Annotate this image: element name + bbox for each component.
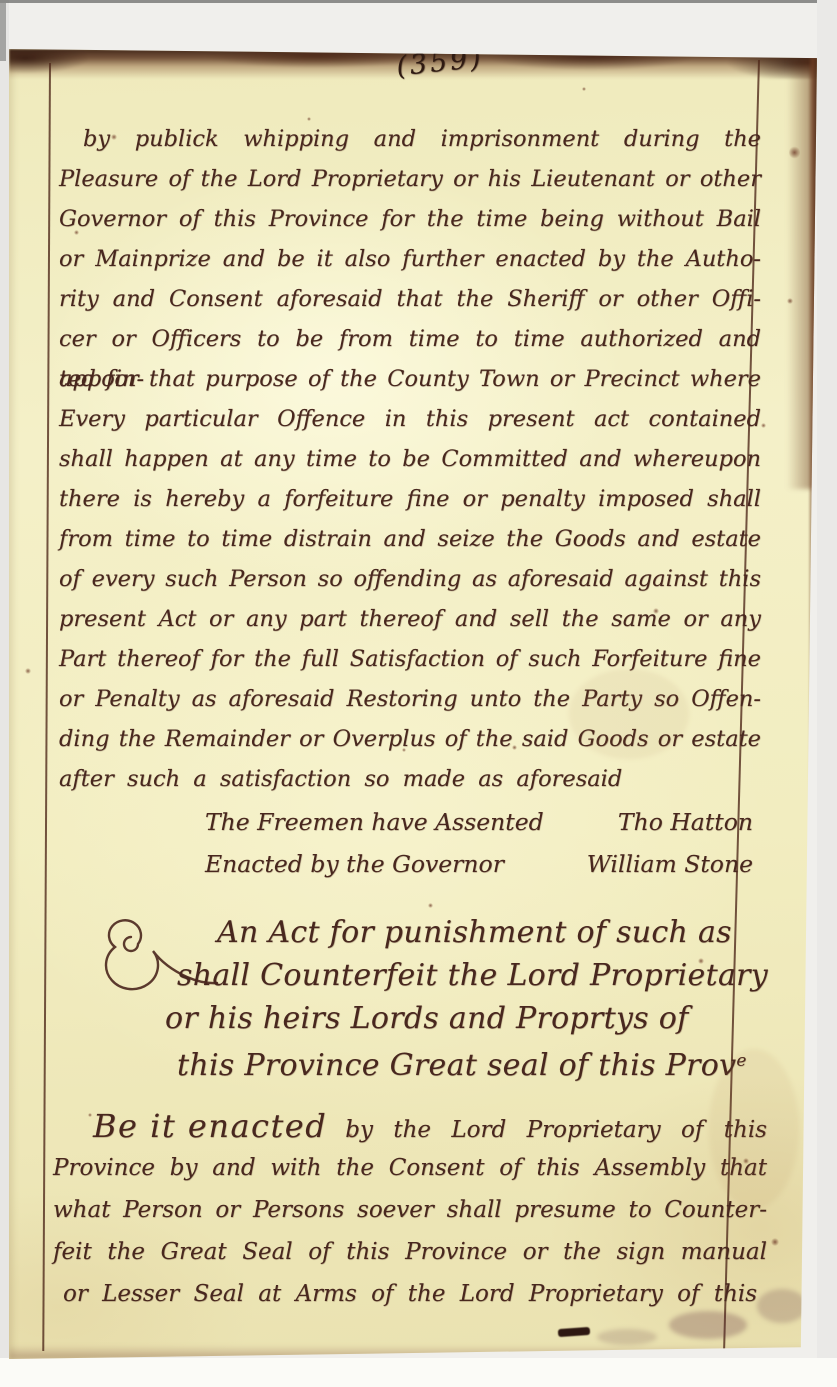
act-title-text: this Province Great seal of this Prov — [177, 1048, 736, 1083]
enactment-opening-line: Be it enacted by the Lord Proprietary of… — [53, 1105, 767, 1147]
manuscript-line: Pleasure of the Lord Proprietary or his … — [59, 159, 761, 199]
assent-section: The Freemen have Assented Tho Hatton Ena… — [205, 801, 753, 885]
scan-right-margin — [817, 0, 837, 1387]
manuscript-line: shall happen at any time to be Committed… — [59, 439, 761, 479]
ink-stain — [428, 903, 433, 908]
manuscript-line: rity and Consent aforesaid that the Sher… — [59, 279, 761, 319]
scanned-manuscript: (359) by publick whipping and imprisonme… — [0, 0, 837, 1387]
act-title-line: An Act for punishment of such as — [145, 911, 725, 954]
bottom-smudge — [669, 1311, 747, 1339]
manuscript-line: Governor of this Province for the time b… — [59, 199, 761, 239]
ink-stain — [111, 134, 117, 140]
manuscript-line: or Lesser Seal at Arms of the Lord Propr… — [53, 1273, 767, 1315]
ink-stain — [402, 748, 406, 752]
page-bottom-smudge — [9, 1345, 817, 1359]
bottom-smudge — [757, 1289, 807, 1323]
page-right-edge — [808, 49, 817, 1359]
manuscript-line: from time to time distrain and seize the… — [59, 519, 761, 559]
manuscript-line: feit the Great Seal of this Province or … — [53, 1231, 767, 1273]
tea-stain — [569, 669, 689, 759]
manuscript-line: by publick whipping and imprisonment dur… — [59, 119, 761, 159]
left-margin-rule-line — [42, 63, 51, 1351]
tea-stain — [709, 1049, 799, 1209]
scan-bottom-margin — [0, 1358, 837, 1387]
act-title-line: this Province Great seal of this Prove — [145, 1040, 725, 1083]
manuscript-line: there is hereby a forfeiture fine or pen… — [59, 479, 761, 519]
ink-stain — [771, 1238, 779, 1246]
ink-stain — [25, 668, 31, 674]
act-title: An Act for punishment of such as shall C… — [145, 911, 725, 1083]
ink-stain — [61, 660, 65, 664]
assent-text: The Freemen have Assented — [205, 801, 544, 843]
manuscript-line: cer or Officers to be from time to time … — [59, 319, 761, 359]
ink-stain — [698, 958, 704, 964]
ink-stain — [174, 453, 178, 457]
manuscript-line: or Mainprize and be it also further enac… — [59, 239, 761, 279]
ink-stain — [74, 230, 79, 235]
ink-stain — [486, 371, 491, 376]
act-title-line: shall Counterfeit the Lord Proprietary — [145, 954, 725, 997]
manuscript-line: after such a satisfaction so made as afo… — [59, 759, 761, 799]
scan-top-edge — [0, 0, 837, 3]
manuscript-line: of every such Person so offending as afo… — [59, 559, 761, 599]
ink-stain — [582, 87, 586, 91]
enactment-lines: Province by and with the Consent of this… — [53, 1147, 767, 1315]
enactment-opening: Be it enacted — [93, 1105, 327, 1147]
enactment-opening-rest: by the Lord Proprietary of this — [327, 1109, 767, 1151]
scan-left-margin — [0, 0, 9, 1387]
bottom-ink-dash — [558, 1327, 590, 1337]
enacted-line: Enacted by the Governor William Stone — [205, 843, 753, 885]
ink-stain — [653, 608, 659, 614]
signature-stone: William Stone — [587, 843, 753, 885]
ink-stain — [789, 146, 800, 159]
enacted-text: Enacted by the Governor — [205, 843, 504, 885]
ink-stain — [88, 1113, 92, 1117]
ink-stain — [761, 423, 766, 428]
ink-stain — [787, 298, 793, 304]
enactment-paragraph: Be it enacted by the Lord Proprietary of… — [53, 1105, 767, 1315]
ink-stain — [307, 117, 311, 121]
manuscript-line: Province by and with the Consent of this… — [53, 1147, 767, 1189]
manuscript-line: ted for that purpose of the County Town … — [59, 359, 761, 399]
manuscript-line: present Act or any part thereof and sell… — [59, 599, 761, 639]
bottom-smudge — [597, 1329, 657, 1345]
manuscript-line: what Person or Persons soever shall pres… — [53, 1189, 767, 1231]
act-title-line: or his heirs Lords and Proprtys of — [145, 997, 725, 1040]
manuscript-line: Every particular Offence in this present… — [59, 399, 761, 439]
ink-stain — [348, 1133, 353, 1138]
assent-line: The Freemen have Assented Tho Hatton — [205, 801, 753, 843]
manuscript-page: (359) by publick whipping and imprisonme… — [9, 49, 817, 1359]
ink-stain — [512, 745, 517, 750]
signature-hatton: Tho Hatton — [618, 801, 753, 843]
